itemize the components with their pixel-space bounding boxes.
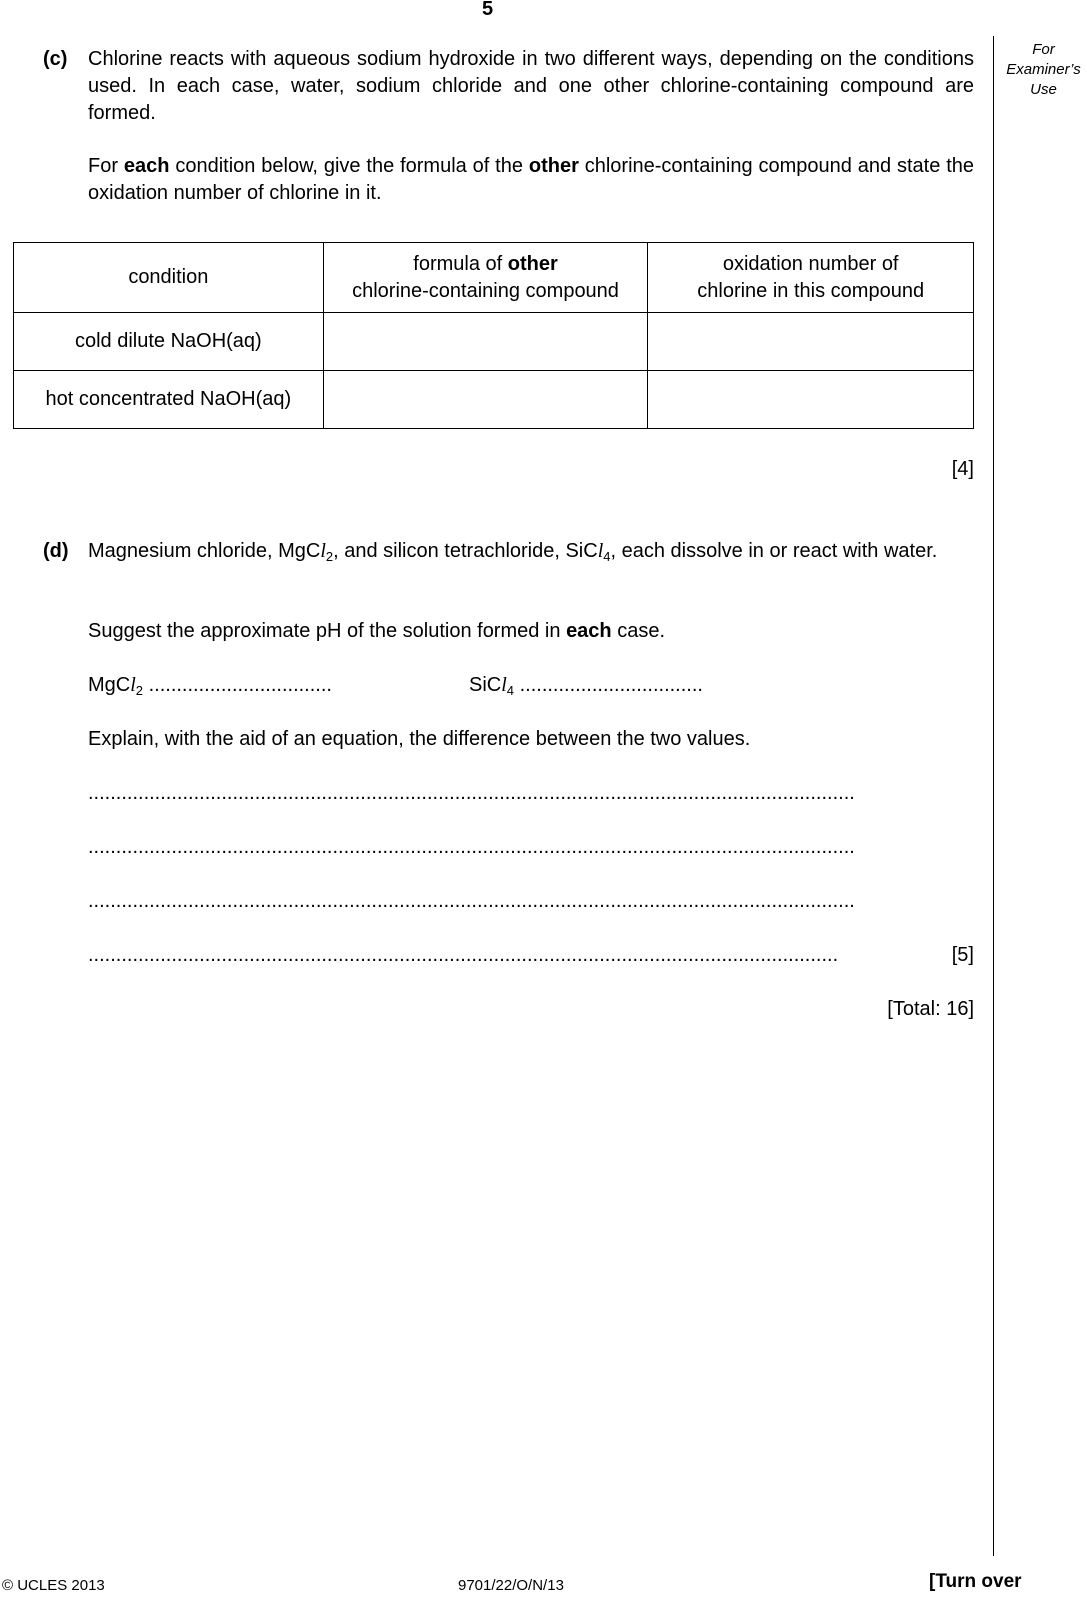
part-c-instruction: For each condition below, give the formu… [88,153,974,207]
conditions-table: condition formula of otherchlorine-conta… [13,242,974,429]
condition-cell: hot concentrated NaOH(aq) [14,371,324,429]
mgcl2-ph-answer-line[interactable]: ................................. [149,674,332,696]
part-d-explain: Explain, with the aid of an equation, th… [88,728,750,751]
table-row: hot concentrated NaOH(aq) [14,371,974,429]
formula-answer-cell[interactable] [323,371,648,429]
table-header-row: condition formula of otherchlorine-conta… [14,243,974,313]
sicl4-ph-field: SiCl4 ................................. [469,674,703,698]
answer-line[interactable]: ........................................… [88,782,974,805]
oxidation-answer-cell[interactable] [648,313,974,371]
oxidation-answer-cell[interactable] [648,371,974,429]
answer-line[interactable]: ........................................… [88,944,934,967]
turn-over-label: [Turn over [929,1571,1022,1593]
part-d-label: (d) [43,540,69,563]
header-oxidation-number: oxidation number ofchlorine in this comp… [648,243,974,313]
table-row: cold dilute NaOH(aq) [14,313,974,371]
footer-copyright: © UCLES 2013 [2,1577,105,1594]
formula-answer-cell[interactable] [323,313,648,371]
header-formula: formula of otherchlorine-containing comp… [323,243,648,313]
part-d-intro: Magnesium chloride, MgCl2, and silicon t… [88,538,974,570]
header-condition: condition [14,243,324,313]
answer-line[interactable]: ........................................… [88,836,974,859]
condition-cell: cold dilute NaOH(aq) [14,313,324,371]
examiner-margin-rule [993,36,994,1556]
mgcl2-ph-field: MgCl2 ................................. [88,674,332,698]
sicl4-ph-answer-line[interactable]: ................................. [520,674,703,696]
footer-paper-code: 9701/22/O/N/13 [458,1577,564,1594]
part-c-intro: Chlorine reacts with aqueous sodium hydr… [88,46,974,127]
total-marks: [Total: 16] [780,998,974,1021]
part-c-marks: [4] [800,458,974,481]
answer-line[interactable]: ........................................… [88,890,974,913]
part-c-label: (c) [43,48,67,71]
examiner-use-label: For Examiner’s Use [1000,40,1087,100]
part-d-suggest: Suggest the approximate pH of the soluti… [88,620,665,643]
page-number: 5 [0,0,975,21]
part-d-marks: [5] [900,944,974,967]
